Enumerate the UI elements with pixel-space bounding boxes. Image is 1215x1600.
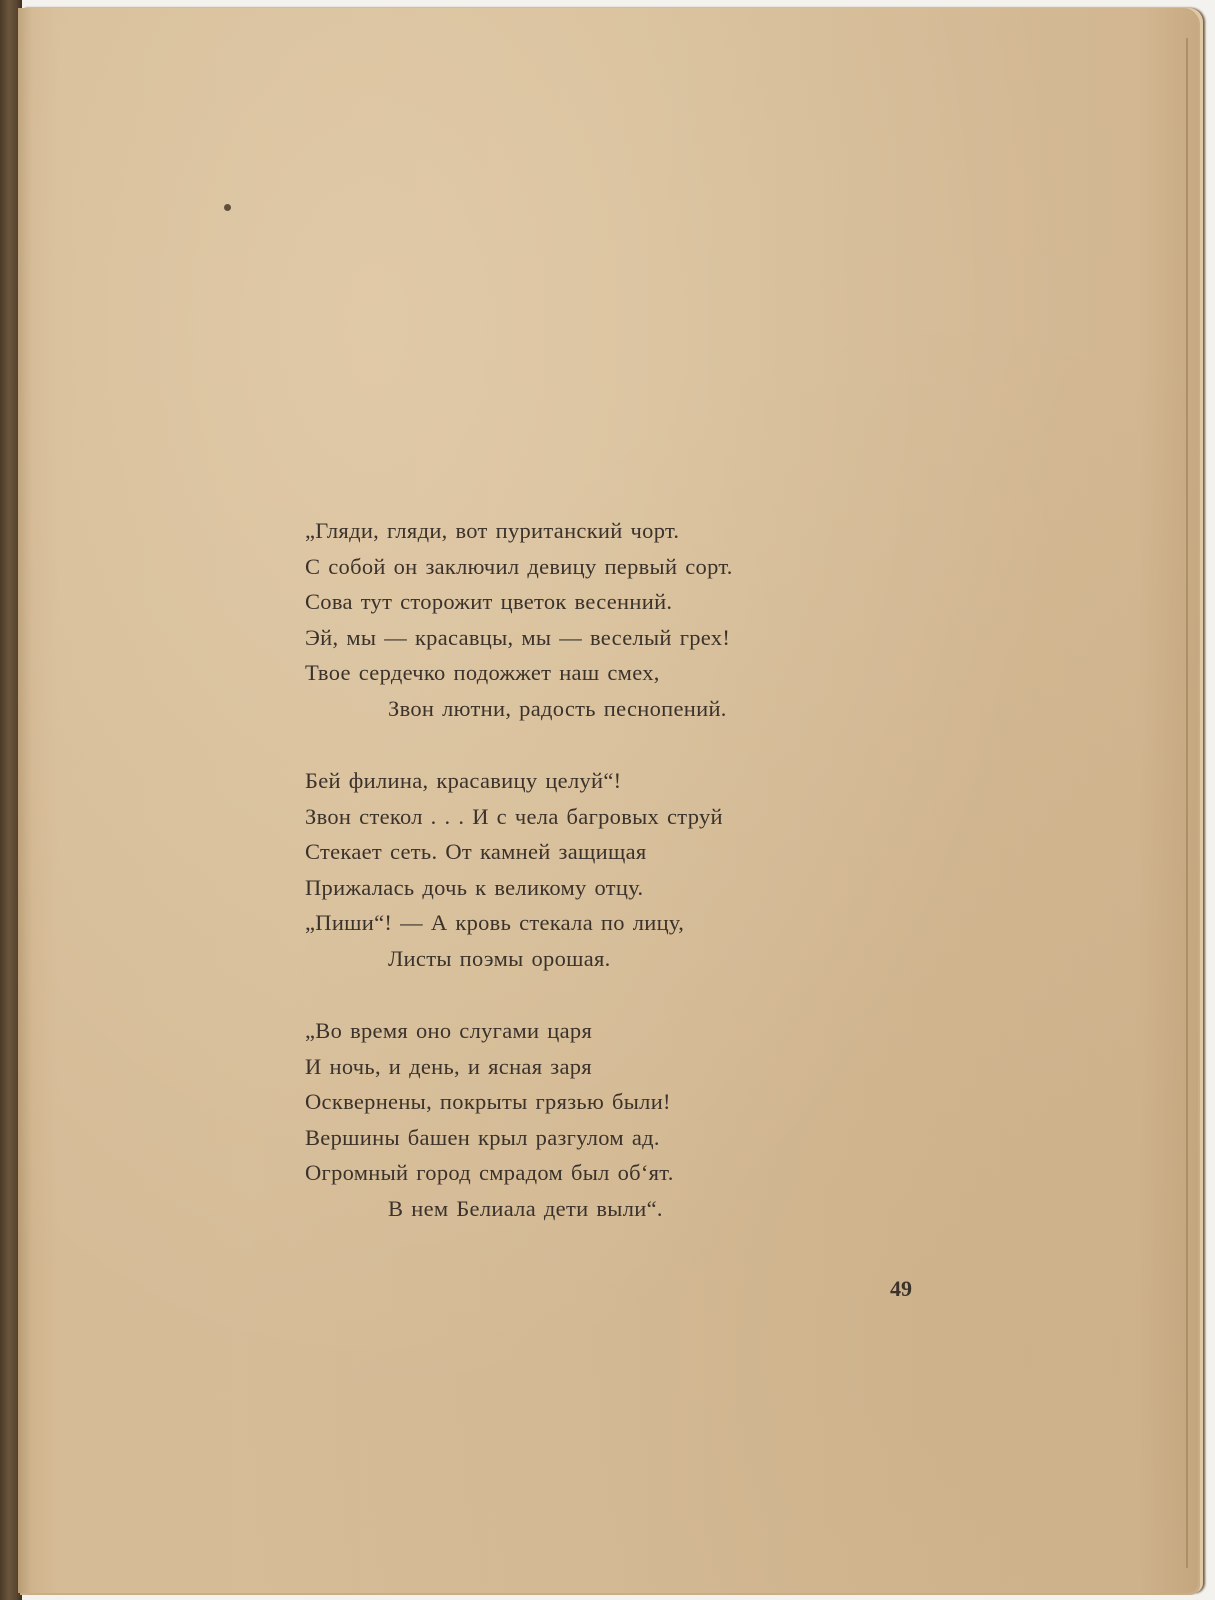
poem-line: С собой он заключил девицу первый сорт.: [305, 549, 733, 585]
poem-line-indented: Звон лютни, радость песнопений.: [305, 691, 733, 727]
poem-line-indented: В нем Белиала дети выли“.: [305, 1191, 733, 1227]
poem-line: Эй, мы — красавцы, мы — веселый грех!: [305, 620, 733, 656]
page-number: 49: [890, 1276, 912, 1302]
poem-line: И ночь, и день, и ясная заря: [305, 1049, 733, 1085]
stanza-1: „Гляди, гляди, вот пуританский чорт. С с…: [305, 513, 733, 726]
poem-line: Огромный город смрадом был об‘ят.: [305, 1155, 733, 1191]
poem-line: Вершины башен крыл разгулом ад.: [305, 1120, 733, 1156]
poem-line: Прижалась дочь к великому отцу.: [305, 870, 733, 906]
poem-line: Твое сердечко подожжет наш смех,: [305, 655, 733, 691]
poem-line: Стекает сеть. От камней защищая: [305, 834, 733, 870]
poem-line: „Во время оно слугами царя: [305, 1013, 733, 1049]
poem-line: Сова тут сторожит цветок весенний.: [305, 584, 733, 620]
poem-line: Бей филина, красавицу целуй“!: [305, 763, 733, 799]
poem-line: „Гляди, гляди, вот пуританский чорт.: [305, 513, 733, 549]
stanza-3: „Во время оно слугами царя И ночь, и ден…: [305, 1013, 733, 1226]
poem-line: Звон стекол . . . И с чела багровых стру…: [305, 799, 733, 835]
page-edge: [1186, 38, 1188, 1568]
poem-line-indented: Листы поэмы орошая.: [305, 941, 733, 977]
poem-line: „Пиши“! — А кровь стекала по лицу,: [305, 905, 733, 941]
poem-text: „Гляди, гляди, вот пуританский чорт. С с…: [305, 513, 733, 1263]
poem-line: Осквернены, покрыты грязью были!: [305, 1084, 733, 1120]
stanza-2: Бей филина, красавицу целуй“! Звон стеко…: [305, 763, 733, 976]
ink-spot: [224, 204, 231, 211]
